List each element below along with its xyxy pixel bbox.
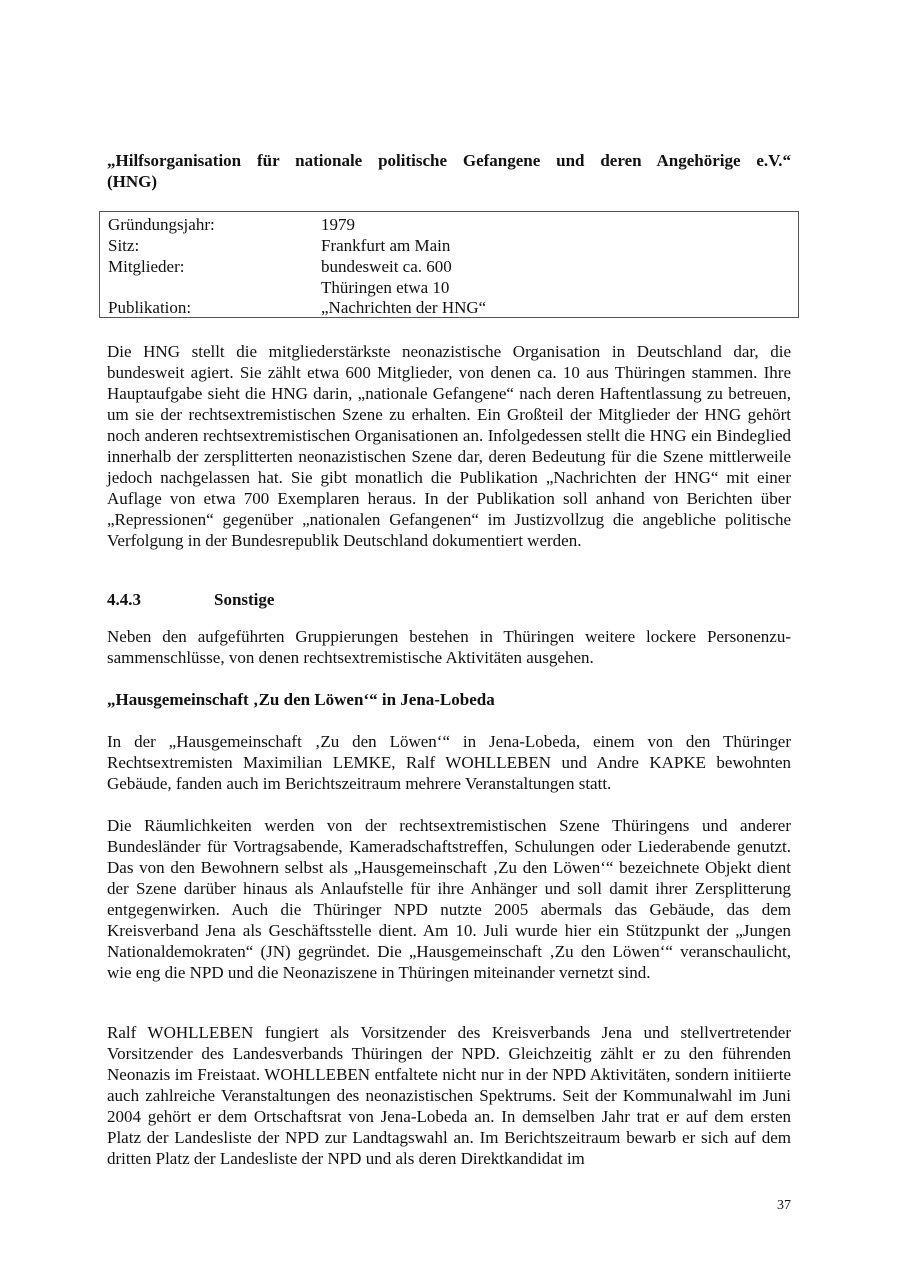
info-label: Publikation: xyxy=(108,297,191,318)
title-line-2: (HNG) xyxy=(107,171,791,192)
paragraph-hausgemeinschaft-intro: In der „Hausgemeinschaft ‚Zu den Löwen‘“… xyxy=(107,731,791,794)
info-value: 1979 xyxy=(321,214,355,235)
info-label: Gründungsjahr: xyxy=(108,214,215,235)
info-value: Thüringen etwa 10 xyxy=(321,277,449,298)
paragraph-sonstige: Neben den aufgeführten Gruppierungen bes… xyxy=(107,626,791,668)
paragraph-hng: Die HNG stellt die mitgliederstärkste ne… xyxy=(107,341,791,551)
paragraph-hausgemeinschaft-details: Die Räumlichkeiten werden von der rechts… xyxy=(107,815,791,983)
subsection-heading: „Hausgemeinschaft ‚Zu den Löwen‘“ in Jen… xyxy=(107,689,495,710)
info-label: Mitglieder: xyxy=(108,256,184,277)
organization-title: „Hilfsorganisation für nationale politis… xyxy=(107,150,791,192)
info-value: bundesweit ca. 600 xyxy=(321,256,452,277)
paragraph-wohlleben: Ralf WOHLLEBEN fungiert als Vorsitzender… xyxy=(107,1022,791,1169)
page-number: 37 xyxy=(777,1198,791,1214)
section-number: 4.4.3 xyxy=(107,589,141,610)
info-value: Frankfurt am Main xyxy=(321,235,450,256)
organization-info-table: Gründungsjahr: 1979 Sitz: Frankfurt am M… xyxy=(99,211,799,318)
info-value: „Nachrichten der HNG“ xyxy=(321,297,486,318)
section-title: Sonstige xyxy=(214,589,274,610)
title-line-1: „Hilfsorganisation für nationale politis… xyxy=(107,150,791,171)
info-label: Sitz: xyxy=(108,235,139,256)
